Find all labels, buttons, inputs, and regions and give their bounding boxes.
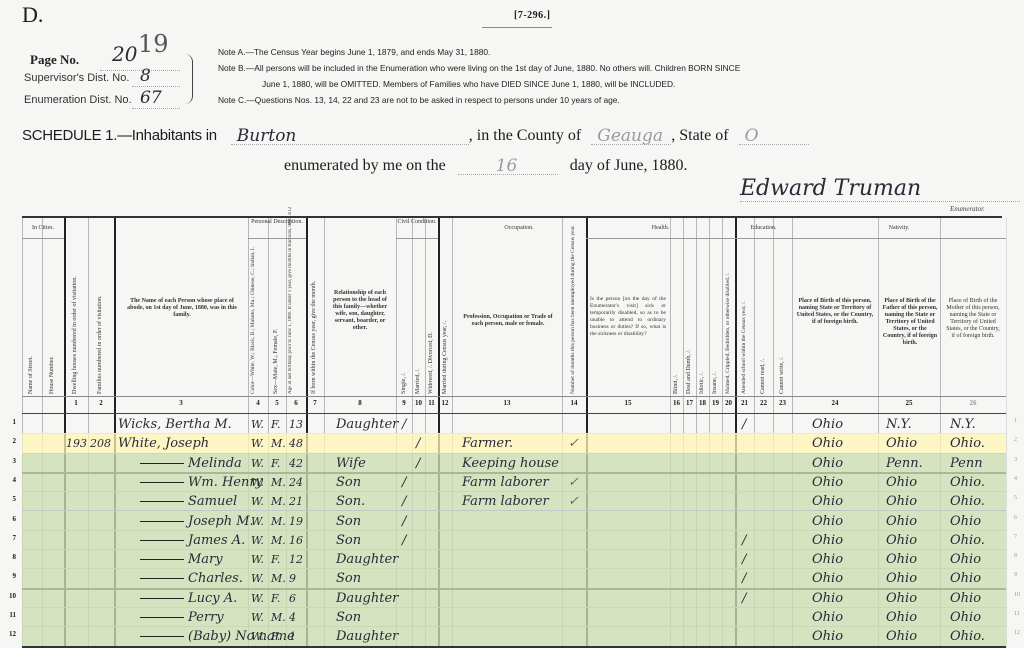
column-number: 11 [425, 399, 438, 407]
family-number [90, 491, 112, 510]
table-row[interactable]: 3 Melinda W. F. 42 Wife / Keeping house … [22, 453, 1006, 474]
column-number: 16 [670, 399, 683, 407]
color: W. [251, 453, 264, 472]
table-row[interactable]: 4 Wm. Henry W. M. 24 Son / Farm laborer … [22, 472, 1006, 492]
page-number-stamp: 19 [138, 30, 169, 58]
note-b: Note B.—All persons will be included in … [218, 60, 740, 76]
divider [482, 27, 552, 28]
brace-divider [184, 54, 193, 104]
column-number: 17 [683, 399, 696, 407]
age: 13 [289, 414, 303, 433]
age: 6 [289, 588, 296, 607]
ditto-dash [140, 636, 184, 637]
father-birth-place: Ohio [886, 433, 917, 452]
supervisor-district-value: 8 [140, 66, 151, 86]
line-number: 12 [6, 630, 16, 638]
dwelling-number [66, 530, 88, 549]
header-birth-place: Place of Birth of this person, naming St… [796, 298, 874, 326]
dwelling-number [66, 414, 88, 433]
mother-birth-place: Ohio. [950, 472, 985, 491]
column-number: 10 [412, 399, 425, 407]
father-birth-place: N.Y. [886, 414, 912, 433]
page-number-label: Page No. [30, 52, 79, 68]
table-row[interactable]: 7 James A. W. M. 16 Son / / Ohio Ohio Oh… [22, 530, 1006, 550]
line-number: 11 [6, 611, 16, 619]
occupation: Farmer. [462, 433, 513, 452]
relationship: Daughter [336, 588, 398, 607]
age: 9 [289, 568, 296, 587]
header-married-year: Married during Census year, /. [442, 228, 448, 394]
sex: M. [271, 491, 286, 510]
header-name: The Name of each Person whose place of a… [122, 298, 242, 319]
sex: M. [271, 607, 286, 626]
age: 16 [289, 530, 303, 549]
column-number: 24 [792, 399, 878, 407]
table-row[interactable]: 11 Perry W. M. 4 Son Ohio Ohio Ohio 11 [22, 607, 1006, 627]
ditto-dash [140, 463, 184, 464]
sex: M. [271, 433, 286, 452]
relationship: Son. [336, 491, 365, 510]
sex: F. [271, 626, 280, 645]
enumeration-day-value: 16 [496, 156, 518, 176]
column-number: 19 [709, 399, 722, 407]
header-single: Single, /. [401, 240, 407, 394]
sex: M. [271, 472, 286, 491]
column-number: 7 [306, 399, 324, 407]
line-number-right: 11 [1014, 611, 1020, 617]
mother-birth-place: Ohio [950, 607, 981, 626]
column-number: 3 [114, 399, 248, 407]
dwelling-number [66, 568, 88, 587]
sex: F. [271, 453, 280, 472]
dwelling-number: 193 [66, 433, 88, 452]
single-mark: / [402, 472, 406, 491]
mother-birth-place: Ohio. [950, 491, 985, 510]
table-row[interactable]: 6 Joseph M. W. M. 19 Son / Ohio Ohio Ohi… [22, 511, 1006, 531]
enumerator-signature: Edward Truman [740, 176, 1020, 202]
header-street: Name of Street. [28, 248, 34, 394]
line-number-right: 3 [1014, 457, 1017, 463]
father-birth-place: Ohio [886, 491, 917, 510]
column-number: 12 [438, 399, 452, 407]
color: W. [251, 588, 264, 607]
relationship: Daughter [336, 626, 398, 645]
relationship: Wife [336, 453, 366, 472]
father-birth-place: Ohio [886, 549, 917, 568]
birth-place: Ohio [812, 472, 843, 491]
sex: F. [271, 588, 280, 607]
line-number-right: 7 [1014, 534, 1017, 540]
header-married: Married, /. [415, 240, 421, 394]
father-birth-place: Ohio [886, 626, 917, 645]
line-number-right: 2 [1014, 437, 1017, 443]
header-months-unemployed: Number of months this person has been un… [570, 228, 576, 394]
single-mark: / [402, 511, 406, 530]
column-number: 18 [696, 399, 709, 407]
page-number-value: 20 [112, 42, 137, 66]
school-mark: / [742, 530, 746, 549]
sex: M. [271, 511, 286, 530]
enumeration-date-line: enumerated by me on the 16 day of June, … [284, 154, 687, 175]
enumeration-day-field: 16 [458, 154, 558, 175]
state-value: O [745, 126, 759, 146]
header-health: Health. [586, 218, 735, 239]
unemployed-mark: ✓ [568, 472, 579, 491]
single-mark: / [402, 414, 406, 433]
married-mark: / [416, 433, 420, 452]
column-number: 14 [562, 399, 586, 407]
header-occupation-detail: Profession, Occupation or Trade of each … [458, 314, 558, 328]
ditto-dash [140, 559, 184, 560]
color: W. [251, 549, 264, 568]
instruction-notes: Note A.—The Census Year begins June 1, 1… [218, 44, 740, 108]
color: W. [251, 472, 264, 491]
header-civil-condition: Civil Condition. [396, 218, 438, 239]
color: W. [251, 607, 264, 626]
column-number: 15 [586, 399, 670, 407]
sex: M. [271, 530, 286, 549]
ditto-dash [140, 501, 184, 502]
dwelling-number [66, 588, 88, 607]
mother-birth-place: Ohio. [950, 530, 985, 549]
line-number-right: 4 [1014, 476, 1017, 482]
table-row[interactable]: 5 Samuel W. M. 21 Son. / Farm laborer ✓ … [22, 491, 1006, 511]
column-number: 6 [286, 399, 306, 407]
header-mother-birth: Place of Birth of the Mother of this per… [944, 298, 1002, 340]
county-label: , in the County of [469, 127, 581, 144]
township-value: Burton [237, 126, 297, 146]
father-birth-place: Ohio [886, 588, 917, 607]
birth-place: Ohio [812, 568, 843, 587]
color: W. [251, 433, 264, 452]
column-number: 1 [64, 399, 88, 407]
header-cannot-write: Cannot write, /. [779, 318, 785, 394]
line-number: 5 [6, 495, 16, 503]
header-dwelling: Dwelling houses numbered in order of vis… [72, 238, 78, 394]
mother-birth-place: Ohio. [950, 433, 985, 452]
header-education: Education. [735, 218, 792, 239]
school-mark: / [742, 588, 746, 607]
supervisor-district-label: Supervisor's Dist. No. [24, 72, 129, 84]
note-b-continued: June 1, 1880, will be OMITTED. Members o… [218, 76, 740, 92]
family-number [90, 588, 112, 607]
township-field: Burton [231, 124, 469, 145]
relationship: Son [336, 472, 361, 491]
enumeration-district-value: 67 [140, 88, 162, 108]
table-row[interactable]: 8 Mary W. F. 12 Daughter / Ohio Ohio Ohi… [22, 549, 1006, 569]
family-number: 208 [90, 433, 112, 452]
mother-birth-place: Penn [950, 453, 983, 472]
county-value: Geauga [597, 126, 663, 146]
column-number: 2 [88, 399, 114, 407]
line-number-right: 12 [1014, 630, 1020, 636]
enumeration-prefix: enumerated by me on the [284, 157, 446, 174]
header-father-birth: Place of Birth of the Father of this per… [882, 298, 938, 347]
line-number: 6 [6, 515, 16, 523]
sex: F. [271, 549, 280, 568]
dwelling-number [66, 472, 88, 491]
line-number-right: 5 [1014, 495, 1017, 501]
line-number: 8 [6, 553, 16, 561]
column-number-row: 1 2 3 4 5 6 7 8 9 10 11 12 13 14 15 16 1… [22, 396, 1006, 414]
header-widowed: Widowed, /. Divorced, D. [428, 240, 434, 394]
header-relationship: Relationship of each person to the head … [328, 290, 392, 332]
mother-birth-place: Ohio [950, 511, 981, 530]
person-name: Wicks, Bertha M. [118, 414, 248, 433]
table-row[interactable]: 12 (Baby) No name W. F. 1 Daughter Ohio … [22, 626, 1006, 647]
dwelling-number [66, 453, 88, 472]
age: 21 [289, 491, 303, 510]
col-line [1006, 218, 1007, 648]
age: 42 [289, 453, 303, 472]
ditto-dash [140, 521, 184, 522]
header-occupation: Occupation. [452, 218, 586, 238]
header-cannot-read: Cannot read, /. [760, 318, 766, 394]
column-number: 8 [324, 399, 396, 407]
header-in-cities: In Cities. [22, 218, 64, 239]
color: W. [251, 626, 264, 645]
line-number-right: 8 [1014, 553, 1017, 559]
line-number-right: 10 [1014, 592, 1020, 598]
header-deaf: Deaf and Dumb, /. [686, 318, 692, 394]
header-age: Age at last birthday prior to June 1, 18… [288, 240, 293, 394]
single-mark: / [402, 491, 406, 510]
dwelling-number [66, 607, 88, 626]
line-number: 9 [6, 572, 16, 580]
mother-birth-place: Ohio [950, 549, 981, 568]
school-mark: / [742, 414, 746, 433]
single-mark: / [402, 530, 406, 549]
relationship: Son [336, 568, 361, 587]
person-name: White, Joseph [118, 433, 248, 452]
relationship: Daughter [336, 414, 398, 433]
header-blind: Blind, /. [673, 318, 679, 394]
line-number: 1 [6, 418, 16, 426]
birth-place: Ohio [812, 607, 843, 626]
family-number [90, 607, 112, 626]
family-number [90, 511, 112, 530]
ditto-dash [140, 578, 184, 579]
age: 1 [289, 626, 296, 645]
birth-place: Ohio [812, 414, 843, 433]
school-mark: / [742, 549, 746, 568]
relationship: Son [336, 607, 361, 626]
header-maimed: Maimed, Crippled, Bedridden, or otherwis… [725, 240, 731, 394]
line-number: 2 [6, 437, 16, 445]
relationship: Daughter [336, 549, 398, 568]
header-sickness: Is the person [on the day of the Enumera… [590, 296, 666, 338]
father-birth-place: Ohio [886, 607, 917, 626]
relationship: Son [336, 511, 361, 530]
color: W. [251, 491, 264, 510]
census-table: In Cities. Personal Description. Civil C… [22, 218, 1006, 648]
column-number: 13 [452, 399, 562, 407]
relationship: Son [336, 530, 361, 549]
ditto-dash [140, 482, 184, 483]
table-row[interactable]: 1 Wicks, Bertha M. W. F. 13 Daughter / /… [22, 414, 1006, 434]
enumeration-district-label: Enumeration Dist. No. [24, 94, 132, 106]
form-code: [7-296.] [514, 10, 551, 21]
occupation: Farm laborer [462, 472, 549, 491]
birth-place: Ohio [812, 588, 843, 607]
column-number: 23 [773, 399, 792, 407]
dwelling-number [66, 549, 88, 568]
father-birth-place: Penn. [886, 453, 923, 472]
age: 4 [289, 607, 296, 626]
birth-place: Ohio [812, 549, 843, 568]
column-number: 5 [268, 399, 286, 407]
enumeration-suffix: day of June, 1880. [570, 157, 688, 174]
line-number: 3 [6, 457, 16, 465]
mother-birth-place: Ohio [950, 568, 981, 587]
unemployed-mark: ✓ [568, 491, 579, 510]
mother-birth-place: Ohio. [950, 626, 985, 645]
ditto-dash [140, 540, 184, 541]
father-birth-place: Ohio [886, 568, 917, 587]
line-number: 10 [6, 592, 16, 600]
mother-birth-place: Ohio [950, 588, 981, 607]
line-number: 4 [6, 476, 16, 484]
dwelling-number [66, 491, 88, 510]
age: 48 [289, 433, 303, 452]
header-family: Families numbered in order of visitation… [97, 238, 103, 394]
birth-place: Ohio [812, 453, 843, 472]
age: 24 [289, 472, 303, 491]
ditto-dash [140, 598, 184, 599]
column-number: 20 [722, 399, 735, 407]
family-number [90, 568, 112, 587]
sex: F. [271, 414, 280, 433]
family-number [90, 414, 112, 433]
family-number [90, 453, 112, 472]
occupation: Farm laborer [462, 491, 549, 510]
mother-birth-place: N.Y. [950, 414, 976, 433]
school-mark: / [742, 568, 746, 587]
table-row[interactable]: 2 193 208 White, Joseph W. M. 48 / Farme… [22, 433, 1006, 453]
color: W. [251, 530, 264, 549]
birth-place: Ohio [812, 511, 843, 530]
father-birth-place: Ohio [886, 511, 917, 530]
occupation: Keeping house [462, 453, 559, 472]
header-color: Color—White, W.; Black, B.; Mulatto, Mu.… [250, 240, 256, 394]
header-sex: Sex—Male, M.; Female, F. [273, 240, 279, 394]
header-born-month: If born within the Census year, give the… [311, 228, 317, 394]
county-field: Geauga [591, 124, 671, 145]
age: 12 [289, 549, 303, 568]
table-row[interactable]: 10 Lucy A. W. F. 6 Daughter / Ohio Ohio … [22, 588, 1006, 608]
column-number: 21 [735, 399, 754, 407]
state-label: , State of [671, 127, 728, 144]
line-number: 7 [6, 534, 16, 542]
unemployed-mark: ✓ [568, 433, 579, 452]
birth-place: Ohio [812, 626, 843, 645]
family-number [90, 530, 112, 549]
color: W. [251, 511, 264, 530]
header-nativity: Nativity. [792, 218, 1006, 239]
color: W. [251, 568, 264, 587]
column-number: 22 [754, 399, 773, 407]
married-mark: / [416, 453, 420, 472]
header-house-number: House Number. [49, 248, 55, 394]
father-birth-place: Ohio [886, 472, 917, 491]
ditto-dash [140, 617, 184, 618]
header-personal-description: Personal Description. [248, 218, 306, 239]
header-idiotic: Idiotic, /. [699, 318, 705, 394]
note-a: Note A.—The Census Year begins June 1, 1… [218, 44, 740, 60]
header-school: Attended school within the Census year, … [741, 240, 747, 394]
family-number [90, 472, 112, 491]
enumerator-caption: Enumerator. [950, 205, 985, 213]
line-number-right: 1 [1014, 418, 1017, 424]
column-number: 26 [940, 399, 1006, 407]
schedule-title-line: SCHEDULE 1.—Inhabitants in Burton, in th… [22, 124, 809, 145]
table-row[interactable]: 9 Charles. W. M. 9 Son / Ohio Ohio Ohio … [22, 568, 1006, 589]
father-birth-place: Ohio [886, 530, 917, 549]
color: W. [251, 414, 264, 433]
schedule-title: SCHEDULE 1.—Inhabitants in [22, 127, 217, 144]
form-letter: D. [22, 2, 43, 28]
dwelling-number [66, 511, 88, 530]
column-number: 25 [878, 399, 940, 407]
birth-place: Ohio [812, 491, 843, 510]
dwelling-number [66, 626, 88, 645]
note-c: Note C.—Questions Nos. 13, 14, 22 and 23… [218, 92, 740, 108]
column-number: 4 [248, 399, 268, 407]
family-number [90, 626, 112, 645]
age: 19 [289, 511, 303, 530]
line-number-right: 6 [1014, 515, 1017, 521]
line-number-right: 9 [1014, 572, 1017, 578]
birth-place: Ohio [812, 433, 843, 452]
family-number [90, 549, 112, 568]
birth-place: Ohio [812, 530, 843, 549]
header-insane: Insane, /. [712, 318, 718, 394]
sex: M. [271, 568, 286, 587]
column-number: 9 [396, 399, 412, 407]
state-field: O [739, 124, 809, 145]
